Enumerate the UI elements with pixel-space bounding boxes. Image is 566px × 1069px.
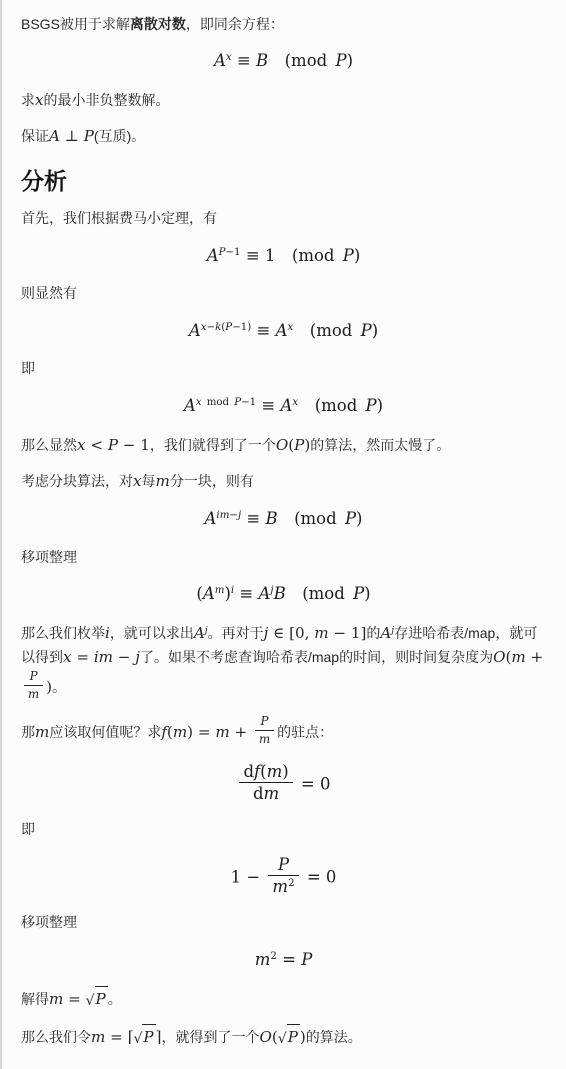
- text-run: 那: [21, 724, 35, 740]
- text-run: ): [364, 584, 370, 603]
- math-variable: P: [143, 1028, 153, 1046]
- text-run: 保证: [21, 128, 49, 144]
- text-run: +: [526, 648, 543, 666]
- text-run: = ⌈: [105, 1028, 133, 1046]
- text-run: ≡: [232, 51, 256, 70]
- text-run: 移项整理: [21, 914, 77, 930]
- math-variable: A: [380, 624, 391, 642]
- display-formula: df(m)dm = 0: [21, 762, 546, 805]
- paragraph: 考虑分块算法，对x每m分一块，则有: [21, 469, 546, 493]
- radical-sign: √: [278, 1028, 287, 1050]
- fraction: Pm: [24, 669, 43, 702]
- math-variable: A: [184, 396, 196, 415]
- text-run: −1): [232, 322, 251, 333]
- text-run: ): [377, 396, 383, 415]
- math-variable: P: [30, 669, 38, 683]
- text-run: ): [372, 321, 378, 340]
- math-variable: m: [215, 585, 225, 596]
- math-variable: A: [203, 584, 215, 603]
- text-run: − 1: [118, 436, 150, 454]
- fraction-numerator: P: [255, 714, 274, 731]
- math-variable: P: [219, 247, 226, 258]
- text-run: = 0: [296, 774, 331, 793]
- math-variable: P: [294, 436, 304, 454]
- text-run: 考虑分块算法，对: [21, 473, 133, 489]
- superscript: x mod P−1: [196, 397, 256, 408]
- text-run: 了。如果不考虑查询哈希表/map的时间，则时间复杂度为: [140, 649, 493, 665]
- text-run: 每: [142, 473, 156, 489]
- radical-sign: √: [134, 1028, 143, 1050]
- math-variable: m: [264, 784, 280, 803]
- paragraph: 求x的最小非负整数解。: [21, 88, 546, 112]
- math-variable: A: [194, 624, 205, 642]
- text-run: −: [207, 322, 216, 333]
- math-variable: m: [28, 687, 39, 701]
- square-root: √P: [86, 986, 108, 1011]
- math-variable: P: [288, 1028, 298, 1046]
- text-run: −1: [241, 397, 256, 408]
- display-formula: Ax ≡ B (mod P): [21, 49, 546, 74]
- text-run: ，我们就得到了一个: [150, 437, 276, 453]
- paragraph: 移项整理: [21, 546, 546, 568]
- math-variable: P: [366, 396, 377, 415]
- math-variable: O: [493, 648, 505, 666]
- superscript: im−j: [216, 510, 241, 521]
- math-variable: m: [314, 624, 328, 642]
- fraction-denominator: m: [255, 731, 274, 747]
- text-run: 。: [52, 679, 66, 695]
- math-variable: m: [35, 723, 49, 741]
- display-formula: Aim−j ≡ B (mod P): [21, 507, 546, 532]
- text-run: 的算法。: [306, 1029, 362, 1045]
- text-run: ，就得到了一个: [162, 1029, 260, 1045]
- math-variable: P: [353, 584, 364, 603]
- math-variable: A: [214, 51, 226, 70]
- text-run: 求: [21, 92, 35, 108]
- text-run: =: [72, 648, 94, 666]
- text-run: 那么我们令: [21, 1029, 91, 1045]
- paragraph: BSGS被用于求解离散对数，即同余方程：: [21, 13, 546, 35]
- math-variable: B: [274, 584, 286, 603]
- math-variable: x: [63, 648, 72, 666]
- text-run: 即: [21, 360, 35, 376]
- text-run: d: [243, 762, 254, 781]
- radicand: P: [287, 1024, 300, 1049]
- text-run: (mod: [293, 321, 360, 340]
- text-run: 2: [288, 878, 295, 889]
- display-formula: 1 − Pm2 = 0: [21, 855, 546, 898]
- text-run: BSGS被用于求解: [21, 16, 130, 32]
- square-root: √P: [134, 1024, 156, 1049]
- radicand: P: [95, 986, 108, 1011]
- math-variable: x: [77, 436, 86, 454]
- math-variable: A: [49, 127, 60, 145]
- paragraph: 移项整理: [21, 911, 546, 933]
- text-run: <: [86, 436, 108, 454]
- text-run: (mod: [278, 509, 345, 528]
- math-variable: P: [345, 509, 356, 528]
- text-run: ≡: [256, 396, 280, 415]
- math-variable: m: [91, 1028, 105, 1046]
- article: BSGS被用于求解离散对数，即同余方程：Ax ≡ B (mod P)求x的最小非…: [21, 13, 546, 1049]
- text-run: ⊥: [60, 127, 84, 145]
- paragraph: 那m应该取何值呢？求f(m) = m + Pm的驻点：: [21, 714, 546, 747]
- math-variable: im: [216, 510, 229, 521]
- fraction-denominator: m: [24, 686, 43, 702]
- math-variable: A: [281, 396, 293, 415]
- text-run: 1 −: [231, 867, 266, 886]
- math-variable: P: [335, 51, 346, 70]
- text-run: (mod: [268, 51, 335, 70]
- math-variable: P: [96, 990, 106, 1008]
- text-run: −: [229, 510, 238, 521]
- math-variable: P: [261, 714, 269, 728]
- square-root: √P: [278, 1024, 300, 1049]
- text-run: 分析: [21, 168, 67, 194]
- text-run: 。: [108, 991, 122, 1007]
- text-run: 。再对于: [208, 625, 264, 641]
- fraction: df(m)dm: [239, 762, 292, 805]
- math-variable: P: [361, 321, 372, 340]
- math-variable: im: [94, 648, 113, 666]
- text-run: =: [63, 990, 85, 1008]
- text-run: ≡ 1: [241, 246, 276, 265]
- text-run: 首先，我们根据费马小定理，有: [21, 210, 217, 226]
- section-heading: 分析: [21, 168, 546, 196]
- math-variable: P: [301, 950, 312, 969]
- paragraph: 即: [21, 818, 546, 840]
- paragraph: 则显然有: [21, 282, 546, 304]
- math-variable: m: [255, 950, 271, 969]
- text-run: d: [253, 784, 264, 803]
- paragraph: 保证A ⊥ P(互质)。: [21, 124, 546, 148]
- text-run: ，就可以求出: [110, 625, 194, 641]
- text-run: 则显然有: [21, 285, 77, 301]
- fraction-denominator: m2: [268, 876, 298, 897]
- text-run: 离散对数: [130, 16, 186, 32]
- text-run: 的驻点：: [277, 724, 333, 740]
- math-variable: O: [260, 1028, 272, 1046]
- paragraph: 那么显然x < P − 1，我们就得到了一个O(P)的算法，然而太慢了。: [21, 433, 546, 457]
- text-run: 那么显然: [21, 437, 77, 453]
- math-variable: m: [156, 472, 170, 490]
- paragraph: 解得m = √P。: [21, 986, 546, 1011]
- fraction: Pm2: [268, 855, 298, 898]
- superscript: m: [215, 585, 225, 596]
- radical-sign: √: [86, 990, 95, 1012]
- superscript: 2: [288, 878, 295, 889]
- text-run: ) =: [187, 723, 215, 741]
- text-run: 移项整理: [21, 549, 77, 565]
- math-variable: B: [256, 51, 268, 70]
- fraction-numerator: P: [268, 855, 298, 877]
- display-formula: (Am)i ≡ AjB (mod P): [21, 582, 546, 607]
- text-run: 解得: [21, 991, 49, 1007]
- text-run: ≡: [241, 509, 265, 528]
- text-run: (mod: [298, 396, 365, 415]
- math-variable: P: [108, 436, 118, 454]
- math-variable: m: [511, 648, 525, 666]
- text-run: −: [113, 648, 135, 666]
- math-variable: A: [205, 509, 217, 528]
- text-run: =: [277, 950, 301, 969]
- math-variable: B: [265, 509, 277, 528]
- fraction: Pm: [255, 714, 274, 747]
- text-run: ，即同余方程：: [186, 16, 284, 32]
- math-variable: m: [49, 990, 63, 1008]
- text-run: 分一块，则有: [170, 473, 254, 489]
- text-run: ): [354, 246, 360, 265]
- paragraph: 首先，我们根据费马小定理，有: [21, 207, 546, 229]
- paragraph: 那么我们枚举i，就可以求出Aj。再对于j ∈ [0, m − 1]的Aj存进哈希…: [21, 621, 546, 703]
- article-body: BSGS被用于求解离散对数，即同余方程：Ax ≡ B (mod P)求x的最小非…: [21, 13, 546, 1049]
- text-run: ): [356, 509, 362, 528]
- math-variable: A: [189, 321, 201, 340]
- math-variable: x: [35, 91, 44, 109]
- text-run: 那么我们枚举: [21, 625, 105, 641]
- math-variable: P: [343, 246, 354, 265]
- math-variable: A: [258, 584, 270, 603]
- fraction-denominator: dm: [239, 783, 292, 804]
- text-run: (mod: [275, 246, 342, 265]
- text-run: mod: [202, 397, 235, 408]
- paragraph: 那么我们令m = ⌈√P⌉，就得到了一个O(√P)的算法。: [21, 1024, 546, 1049]
- paragraph: 即: [21, 357, 546, 379]
- superscript: P−1: [219, 247, 241, 258]
- fraction-numerator: P: [24, 669, 43, 686]
- text-run: 的: [366, 625, 380, 641]
- display-formula: m2 = P: [21, 948, 546, 973]
- math-variable: x: [133, 472, 142, 490]
- text-run: 应该取何值呢？求: [49, 724, 161, 740]
- display-formula: AP−1 ≡ 1 (mod P): [21, 244, 546, 269]
- text-run: ≡: [234, 584, 258, 603]
- math-variable: m: [259, 732, 270, 746]
- math-variable: P: [84, 127, 94, 145]
- math-variable: m: [173, 723, 187, 741]
- text-run: ≡: [251, 321, 275, 340]
- math-variable: A: [276, 321, 288, 340]
- math-variable: A: [207, 246, 219, 265]
- display-formula: Ax−k(P−1) ≡ Ax (mod P): [21, 319, 546, 344]
- text-run: 的最小非负整数解。: [44, 92, 170, 108]
- math-variable: m: [272, 877, 288, 896]
- text-run: (互质)。: [94, 128, 145, 144]
- text-run: ∈ [0,: [268, 624, 314, 642]
- text-run: − 1]: [329, 624, 367, 642]
- text-run: 的算法，然而太慢了。: [310, 437, 450, 453]
- display-formula: Ax mod P−1 ≡ Ax (mod P): [21, 394, 546, 419]
- text-run: (mod: [286, 584, 353, 603]
- radicand: P: [142, 1024, 155, 1049]
- text-run: +: [230, 723, 252, 741]
- text-run: 即: [21, 821, 35, 837]
- math-variable: O: [276, 436, 288, 454]
- text-run: −1: [226, 247, 241, 258]
- superscript: x−k(P−1): [201, 322, 251, 333]
- text-run: ): [282, 762, 288, 781]
- math-variable: m: [215, 723, 229, 741]
- text-run: ): [347, 51, 353, 70]
- math-variable: m: [267, 762, 283, 781]
- math-variable: P: [278, 855, 289, 874]
- fraction-numerator: df(m): [239, 762, 292, 784]
- text-run: = 0: [302, 867, 337, 886]
